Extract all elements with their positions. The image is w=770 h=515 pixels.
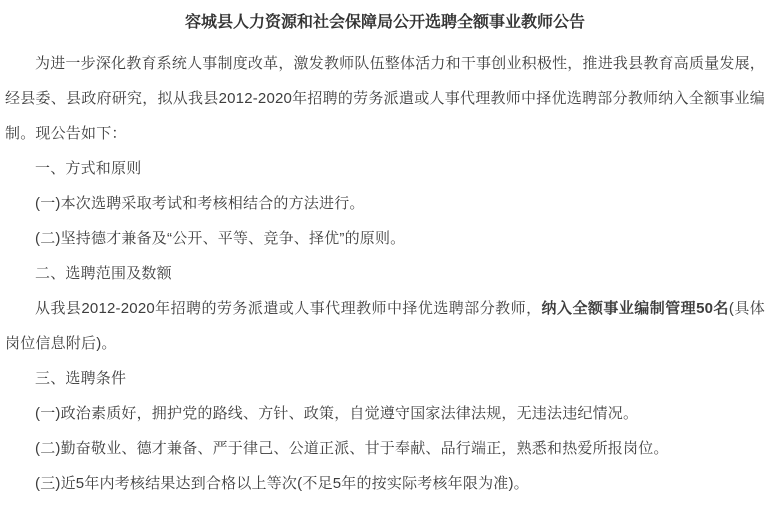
section-1-item-2: (二)坚持德才兼备及“公开、平等、竞争、择优”的原则。 (5, 221, 765, 256)
section-2-scope-paragraph: 从我县2012-2020年招聘的劳务派遣或人事代理教师中择优选聘部分教师，纳入全… (5, 291, 765, 361)
section-3-item-3: (三)近5年内考核结果达到合格以上等次(不足5年的按实际考核年限为准)。 (5, 466, 765, 501)
section-1-heading: 一、方式和原则 (5, 151, 765, 186)
section-2-heading: 二、选聘范围及数额 (5, 256, 765, 291)
intro-paragraph: 为进一步深化教育系统人事制度改革，激发教师队伍整体活力和干事创业积极性，推进我县… (5, 46, 765, 151)
section-3-item-2: (二)勤奋敬业、德才兼备、严于律己、公道正派、甘于奉献、品行端正，熟悉和热爱所报… (5, 431, 765, 466)
scope-text-bold-quota: 纳入全额事业编制管理50名 (542, 300, 729, 317)
scope-text-prefix: 从我县2012-2020年招聘的劳务派遣或人事代理教师中择优选聘部分教师， (35, 300, 542, 317)
section-3-item-1: (一)政治素质好，拥护党的路线、方针、政策，自觉遵守国家法律法规，无违法违纪情况… (5, 396, 765, 431)
announcement-title: 容城县人力资源和社会保障局公开选聘全额事业教师公告 (5, 5, 765, 40)
announcement-document: 容城县人力资源和社会保障局公开选聘全额事业教师公告 为进一步深化教育系统人事制度… (0, 0, 770, 501)
section-3-heading: 三、选聘条件 (5, 361, 765, 396)
section-1-item-1: (一)本次选聘采取考试和考核相结合的方法进行。 (5, 186, 765, 221)
